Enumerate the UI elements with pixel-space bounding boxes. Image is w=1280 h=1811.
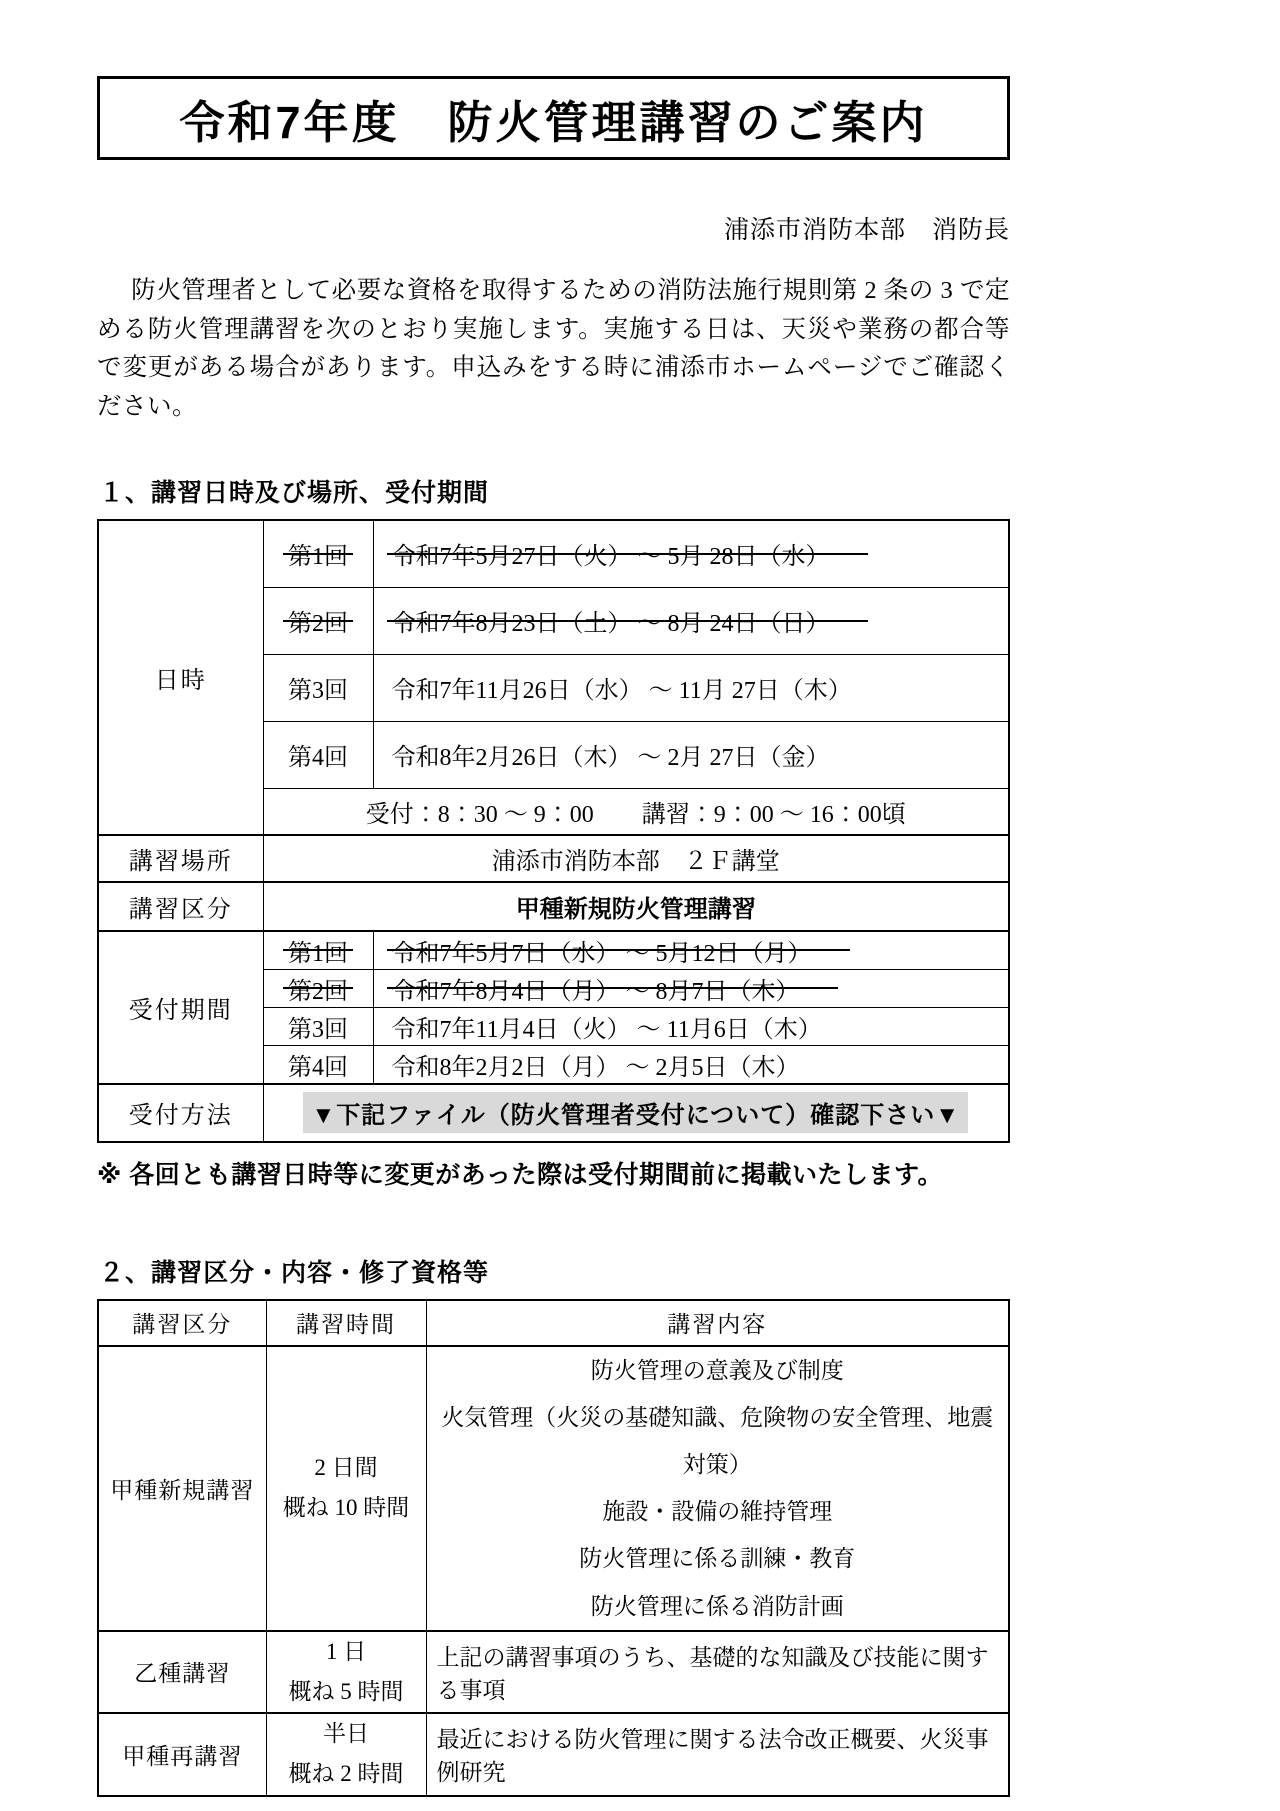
duration-line: 概ね 10 時間 <box>271 1488 422 1528</box>
category-value: 甲種新規防火管理講習 <box>516 896 756 923</box>
reception-time-note: 受付：8：30 ～ 9：00 講習：9：00 ～ 16：00頃 <box>263 788 1009 835</box>
duration-line: 概ね 5 時間 <box>271 1672 422 1712</box>
session-number: 第1回 <box>288 536 348 571</box>
table-row: 受付方法 ▼下記ファイル（防火管理者受付について）確認下さい▼ <box>98 1084 1009 1142</box>
table-header-row: 講習区分 講習時間 講習内容 <box>98 1300 1009 1346</box>
content-line: 防火管理に係る消防計画 <box>431 1583 1005 1630</box>
duration-line: 2 日間 <box>271 1448 422 1488</box>
session-date: 令和7年11月26日（水） ～ 11月 27日（木） <box>392 678 852 704</box>
content-line: 施設・設備の維持管理 <box>431 1488 1005 1535</box>
session-number: 第2回 <box>288 971 348 1006</box>
course-category: 乙種講習 <box>98 1631 266 1714</box>
row-label-place: 講習場所 <box>98 835 263 882</box>
col-header-content: 講習内容 <box>426 1300 1009 1346</box>
col-header-duration: 講習時間 <box>266 1300 426 1346</box>
session-number: 第4回 <box>288 745 348 771</box>
session-date: 令和7年5月27日（火） ～ 5月 28日（水） <box>392 536 830 571</box>
title-box: 令和7年度 防火管理講習のご案内 <box>97 76 1010 160</box>
page-title: 令和7年度 防火管理講習のご案内 <box>179 86 927 151</box>
row-label-reception: 受付期間 <box>98 931 263 1084</box>
place-value: 浦添市消防本部 ２Ｆ講堂 <box>263 835 1009 882</box>
course-category: 甲種新規講習 <box>98 1346 266 1631</box>
course-content: 上記の講習事項のうち、基礎的な知識及び技能に関する事項 <box>426 1631 1009 1714</box>
intro-paragraph: 防火管理者として必要な資格を取得するための消防法施行規則第 2 条の 3 で定め… <box>97 272 1010 427</box>
session-number: 第3回 <box>288 678 348 704</box>
session-number: 第2回 <box>288 603 348 638</box>
table-row: 講習区分 甲種新規防火管理講習 <box>98 882 1009 931</box>
content-line: 防火管理の意義及び制度 <box>431 1347 1005 1394</box>
duration-line: 概ね 2 時間 <box>271 1754 422 1794</box>
course-content: 最近における防火管理に関する法令改正概要、火災事例研究 <box>426 1713 1009 1796</box>
session-date: 令和8年2月26日（木） ～ 2月 27日（金） <box>392 745 830 771</box>
session-date: 令和7年8月23日（土） ～ 8月 24日（日） <box>392 603 830 638</box>
session-date: 令和8年2月2日（月） ～ 2月5日（木） <box>392 1055 800 1081</box>
course-duration: 半日 概ね 2 時間 <box>266 1713 426 1796</box>
table-row: 日時 第1回 令和7年5月27日（火） ～ 5月 28日（水） <box>98 520 1009 588</box>
content-line: 防火管理に係る訓練・教育 <box>431 1535 1005 1582</box>
byline: 浦添市消防本部 消防長 <box>97 210 1010 246</box>
schedule-table: 日時 第1回 令和7年5月27日（火） ～ 5月 28日（水） 第2回 令和7年… <box>97 519 1010 1143</box>
content-line: 火気管理（火災の基礎知識、危険物の安全管理、地震対策） <box>431 1394 1005 1488</box>
duration-line: 1 日 <box>271 1632 422 1672</box>
row-label-datetime: 日時 <box>98 520 263 835</box>
document-page: 令和7年度 防火管理講習のご案内 浦添市消防本部 消防長 防火管理者として必要な… <box>97 0 1010 1797</box>
table-row: 甲種新規講習 2 日間 概ね 10 時間 防火管理の意義及び制度 火気管理（火災… <box>98 1346 1009 1631</box>
section2-heading: ２、講習区分・内容・修了資格等 <box>99 1253 1010 1289</box>
course-duration: 2 日間 概ね 10 時間 <box>266 1346 426 1631</box>
session-number: 第4回 <box>288 1055 348 1081</box>
session-date: 令和7年5月7日（水） ～ 5月12日（月） <box>392 933 812 968</box>
table-row: 乙種講習 1 日 概ね 5 時間 上記の講習事項のうち、基礎的な知識及び技能に関… <box>98 1631 1009 1714</box>
session-number: 第1回 <box>288 933 348 968</box>
row-label-category: 講習区分 <box>98 882 263 931</box>
section1-heading: １、講習日時及び場所、受付期間 <box>99 473 1010 509</box>
method-highlighted-note: ▼下記ファイル（防火管理者受付について）確認下さい▼ <box>303 1092 968 1133</box>
table-row: 甲種再講習 半日 概ね 2 時間 最近における防火管理に関する法令改正概要、火災… <box>98 1713 1009 1796</box>
course-category: 甲種再講習 <box>98 1713 266 1796</box>
table-row: 講習場所 浦添市消防本部 ２Ｆ講堂 <box>98 835 1009 882</box>
session-number: 第3回 <box>288 1017 348 1043</box>
change-notice: ※ 各回とも講習日時等に変更があった際は受付期間前に掲載いたします。 <box>97 1155 1010 1191</box>
course-duration: 1 日 概ね 5 時間 <box>266 1631 426 1714</box>
row-label-method: 受付方法 <box>98 1084 263 1142</box>
duration-line: 半日 <box>271 1714 422 1754</box>
course-content-table: 講習区分 講習時間 講習内容 甲種新規講習 2 日間 概ね 10 時間 防火管理… <box>97 1299 1010 1797</box>
col-header-category: 講習区分 <box>98 1300 266 1346</box>
course-content: 防火管理の意義及び制度 火気管理（火災の基礎知識、危険物の安全管理、地震対策） … <box>426 1346 1009 1631</box>
table-row: 受付期間 第1回 令和7年5月7日（水） ～ 5月12日（月） <box>98 931 1009 970</box>
session-date: 令和7年8月4日（月） ～ 8月7日（木） <box>392 971 800 1006</box>
session-date: 令和7年11月4日（火） ～ 11月6日（木） <box>392 1017 822 1043</box>
